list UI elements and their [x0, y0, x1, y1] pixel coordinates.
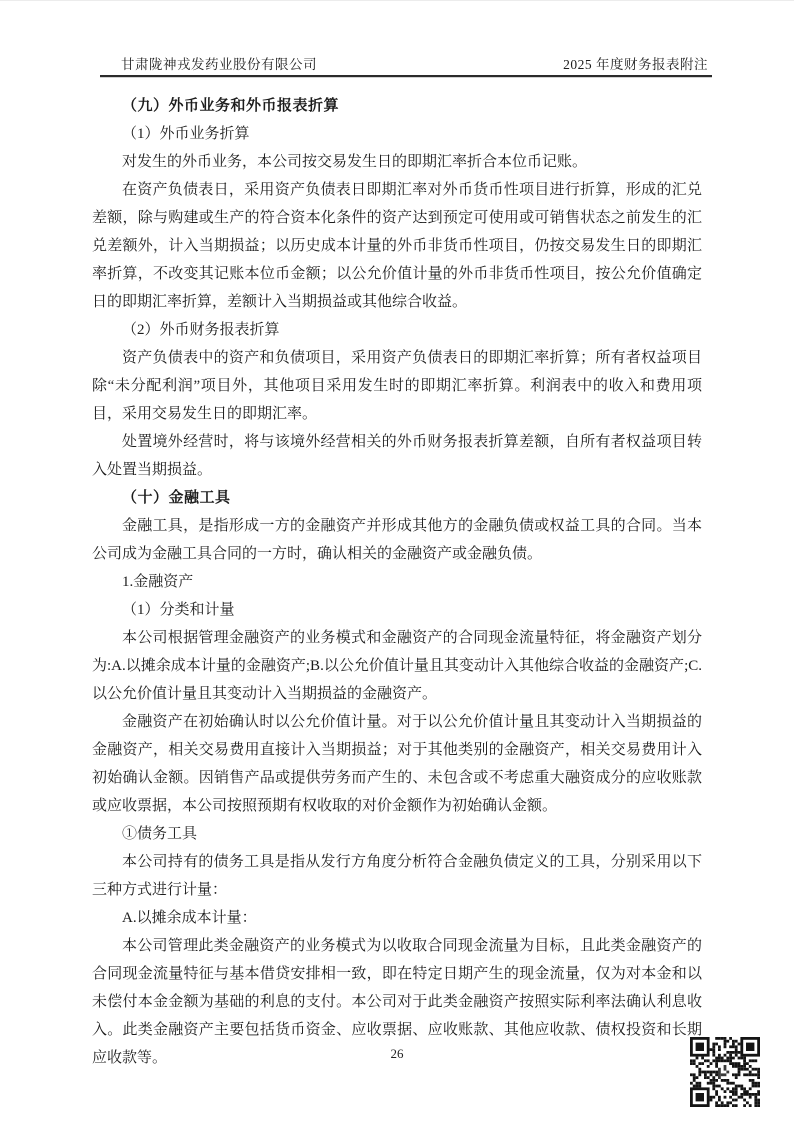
paragraph: 在资产负债表日，采用资产负债表日即期汇率对外币货币性项目进行折算，形成的汇兑差额… — [92, 176, 702, 316]
qr-code — [690, 1037, 760, 1107]
paragraph: （2）外币财务报表折算 — [92, 316, 702, 344]
paragraph: A.以摊余成本计量： — [92, 904, 702, 932]
paragraph: （1）外币业务折算 — [92, 120, 702, 148]
document-body: （九）外币业务和外币报表折算（1）外币业务折算对发生的外币业务，本公司按交易发生… — [92, 92, 702, 1072]
paragraph: 金融资产在初始确认时以公允价值计量。对于以公允价值计量且其变动计入当期损益的金融… — [92, 708, 702, 820]
page-header: 甘肃陇神戎发药业股份有限公司 2025 年度财务报表附注 — [100, 53, 708, 73]
paragraph: 本公司根据管理金融资产的业务模式和金融资产的合同现金流量特征，将金融资产划分为:… — [92, 624, 702, 708]
paragraph: 本公司持有的债务工具是指从发行方角度分析符合金融负债定义的工具，分别采用以下三种… — [92, 848, 702, 904]
paragraph: 金融工具，是指形成一方的金融资产并形成其他方的金融负债或权益工具的合同。当本公司… — [92, 512, 702, 568]
paragraph: 对发生的外币业务，本公司按交易发生日的即期汇率折合本位币记账。 — [92, 148, 702, 176]
paragraph: ①债务工具 — [92, 820, 702, 848]
document-page: 甘肃陇神戎发药业股份有限公司 2025 年度财务报表附注 （九）外币业务和外币报… — [0, 0, 794, 1122]
report-title: 2025 年度财务报表附注 — [563, 53, 708, 73]
page-number: 26 — [0, 1046, 794, 1062]
header-rule — [100, 75, 712, 77]
company-name: 甘肃陇神戎发药业股份有限公司 — [121, 53, 317, 73]
section-heading: （九）外币业务和外币报表折算 — [92, 92, 702, 120]
paragraph: 1.金融资产 — [92, 568, 702, 596]
paragraph: 处置境外经营时，将与该境外经营相关的外币财务报表折算差额，自所有者权益项目转入处… — [92, 428, 702, 484]
paragraph: 资产负债表中的资产和负债项目，采用资产负债表日的即期汇率折算；所有者权益项目除“… — [92, 344, 702, 428]
paragraph: （1）分类和计量 — [92, 596, 702, 624]
section-heading: （十）金融工具 — [92, 484, 702, 512]
